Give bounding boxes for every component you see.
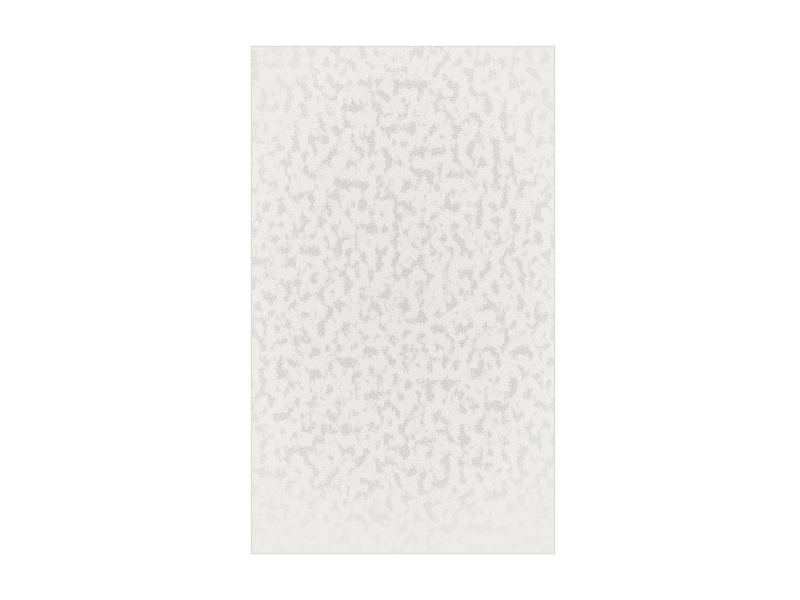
rug-product-image: Rectangular rug with faded grey vintage … xyxy=(251,46,555,554)
rug-pattern xyxy=(251,46,555,554)
